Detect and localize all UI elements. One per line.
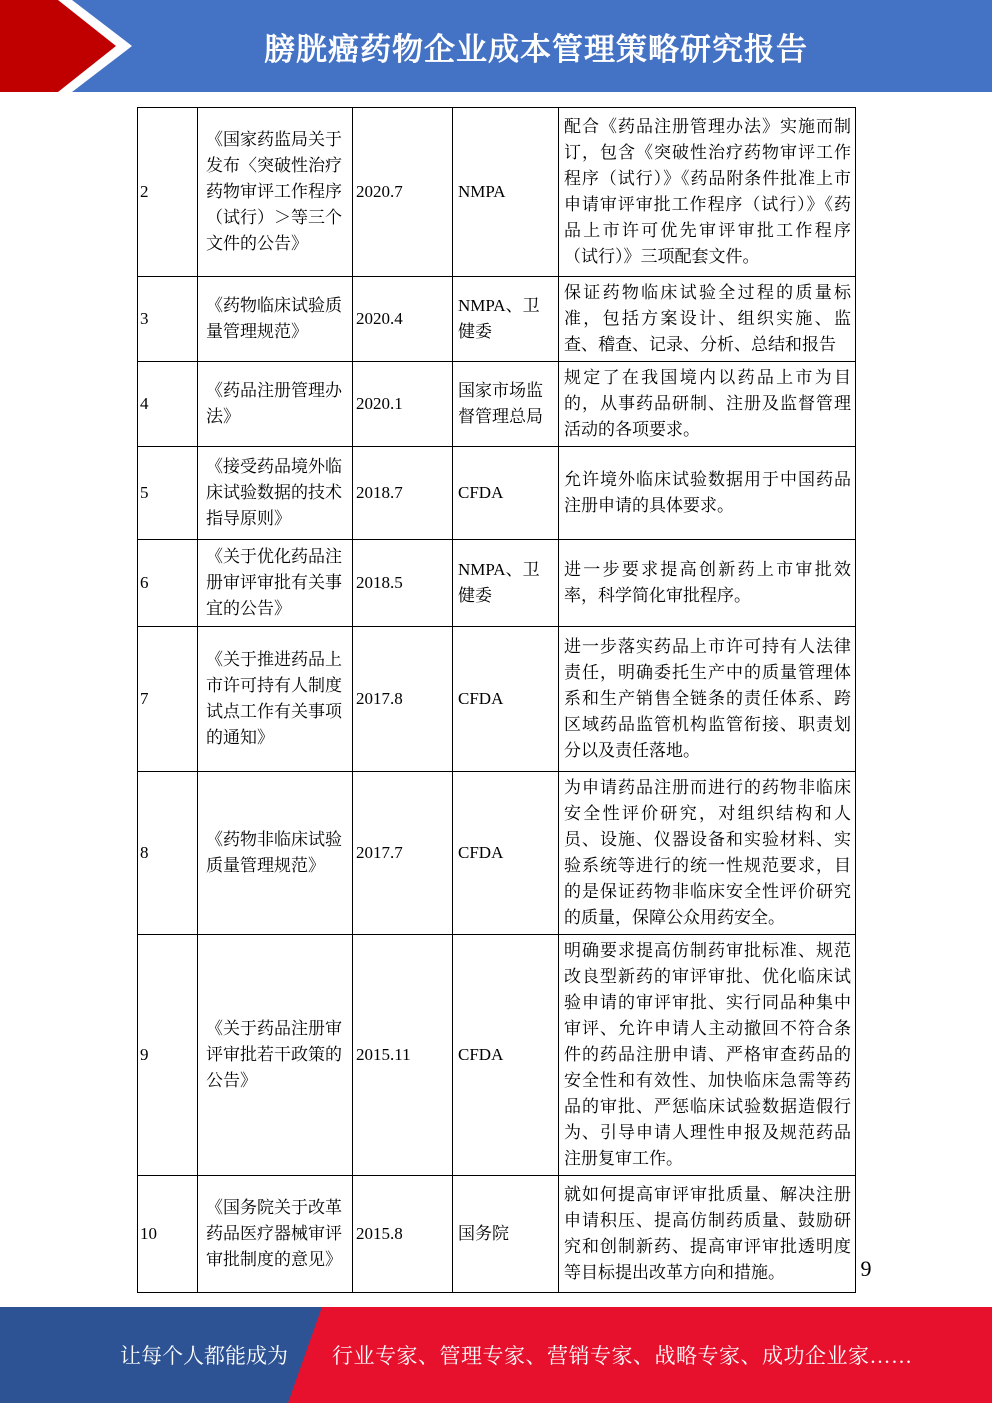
policy-desc-cell: 配合《药品注册管理办法》实施而制订，包含《突破性治疗药物审评工作程序（试行）》《… [559,108,856,277]
policy-name-cell: 《国家药监局关于发布〈突破性治疗药物审评工作程序（试行）＞等三个文件的公告》 [198,108,353,277]
policy-name-cell: 《关于药品注册审评审批若干政策的公告》 [198,935,353,1176]
policy-table-row: 7 《关于推进药品上市许可持有人制度试点工作有关事项的通知》 2017.8 CF… [138,627,856,772]
policy-agency-cell: NMPA [453,108,559,277]
policy-name-cell: 《药品注册管理办法》 [198,362,353,447]
policy-table-row: 3 《药物临床试验质量管理规范》 2020.4 NMPA、卫健委 保证药物临床试… [138,277,856,362]
policy-agency-cell: NMPA、卫健委 [453,540,559,627]
page-number: 9 [848,1256,884,1282]
row-number-cell: 4 [138,362,198,447]
row-number-cell: 9 [138,935,198,1176]
row-number-cell: 2 [138,108,198,277]
policy-table-row: 5 《接受药品境外临床试验数据的技术指导原则》 2018.7 CFDA 允许境外… [138,447,856,540]
policy-agency-cell: 国家市场监督管理总局 [453,362,559,447]
policy-date-cell: 2017.8 [353,627,453,772]
policy-date-cell: 2018.7 [353,447,453,540]
policy-desc-cell: 为申请药品注册而进行的药物非临床安全性评价研究，对组织结构和人员、设施、仪器设备… [559,772,856,935]
policy-date-cell: 2018.5 [353,540,453,627]
row-number-cell: 7 [138,627,198,772]
policy-desc-cell: 保证药物临床试验全过程的质量标准，包括方案设计、组织实施、监查、稽查、记录、分析… [559,277,856,362]
policy-desc-cell: 进一步落实药品上市许可持有人法律责任，明确委托生产中的质量管理体系和生产销售全链… [559,627,856,772]
footer-slogan-experts: 行业专家、管理专家、营销专家、战略专家、成功企业家…… [332,1307,913,1403]
row-number-cell: 5 [138,447,198,540]
policy-table-row: 4 《药品注册管理办法》 2020.1 国家市场监督管理总局 规定了在我国境内以… [138,362,856,447]
policy-table-body: 2 《国家药监局关于发布〈突破性治疗药物审评工作程序（试行）＞等三个文件的公告》… [138,108,856,1293]
row-number-cell: 6 [138,540,198,627]
policy-desc-cell: 明确要求提高仿制药审批标准、规范改良型新药的审评审批、优化临床试验申请的审评审批… [559,935,856,1176]
policy-table-row: 6 《关于优化药品注册审评审批有关事宜的公告》 2018.5 NMPA、卫健委 … [138,540,856,627]
footer-banner: 让每个人都能成为 行业专家、管理专家、营销专家、战略专家、成功企业家…… [0,1307,992,1403]
policy-name-cell: 《关于优化药品注册审评审批有关事宜的公告》 [198,540,353,627]
report-title: 膀胱癌药物企业成本管理策略研究报告 [80,0,992,92]
policy-desc-cell: 规定了在我国境内以药品上市为目的，从事药品研制、注册及监督管理活动的各项要求。 [559,362,856,447]
policy-name-cell: 《药物非临床试验质量管理规范》 [198,772,353,935]
policy-agency-cell: CFDA [453,447,559,540]
policy-table-row: 2 《国家药监局关于发布〈突破性治疗药物审评工作程序（试行）＞等三个文件的公告》… [138,108,856,277]
policy-name-cell: 《接受药品境外临床试验数据的技术指导原则》 [198,447,353,540]
policy-date-cell: 2015.11 [353,935,453,1176]
policy-agency-cell: NMPA、卫健委 [453,277,559,362]
header-banner: 膀胱癌药物企业成本管理策略研究报告 [0,0,992,92]
policy-table-row: 8 《药物非临床试验质量管理规范》 2017.7 CFDA 为申请药品注册而进行… [138,772,856,935]
policy-name-cell: 《国务院关于改革药品医疗器械审评审批制度的意见》 [198,1176,353,1293]
policy-date-cell: 2020.1 [353,362,453,447]
row-number-cell: 3 [138,277,198,362]
policy-name-cell: 《药物临床试验质量管理规范》 [198,277,353,362]
policy-desc-cell: 就如何提高审评审批质量、解决注册申请积压、提高仿制药质量、鼓励研究和创制新药、提… [559,1176,856,1293]
policy-date-cell: 2020.7 [353,108,453,277]
row-number-cell: 10 [138,1176,198,1293]
policy-agency-cell: CFDA [453,772,559,935]
policy-date-cell: 2017.7 [353,772,453,935]
policy-desc-cell: 进一步要求提高创新药上市审批效率，科学简化审批程序。 [559,540,856,627]
policy-agency-cell: 国务院 [453,1176,559,1293]
row-number-cell: 8 [138,772,198,935]
policy-table-row: 9 《关于药品注册审评审批若干政策的公告》 2015.11 CFDA 明确要求提… [138,935,856,1176]
policy-agency-cell: CFDA [453,627,559,772]
policy-date-cell: 2020.4 [353,277,453,362]
policy-agency-cell: CFDA [453,935,559,1176]
policy-desc-cell: 允许境外临床试验数据用于中国药品注册申请的具体要求。 [559,447,856,540]
policy-name-cell: 《关于推进药品上市许可持有人制度试点工作有关事项的通知》 [198,627,353,772]
footer-slogan-lead: 让每个人都能成为 [120,1307,288,1403]
policy-table: 2 《国家药监局关于发布〈突破性治疗药物审评工作程序（试行）＞等三个文件的公告》… [137,107,856,1293]
policy-date-cell: 2015.8 [353,1176,453,1293]
policy-table-row: 10 《国务院关于改革药品医疗器械审评审批制度的意见》 2015.8 国务院 就… [138,1176,856,1293]
